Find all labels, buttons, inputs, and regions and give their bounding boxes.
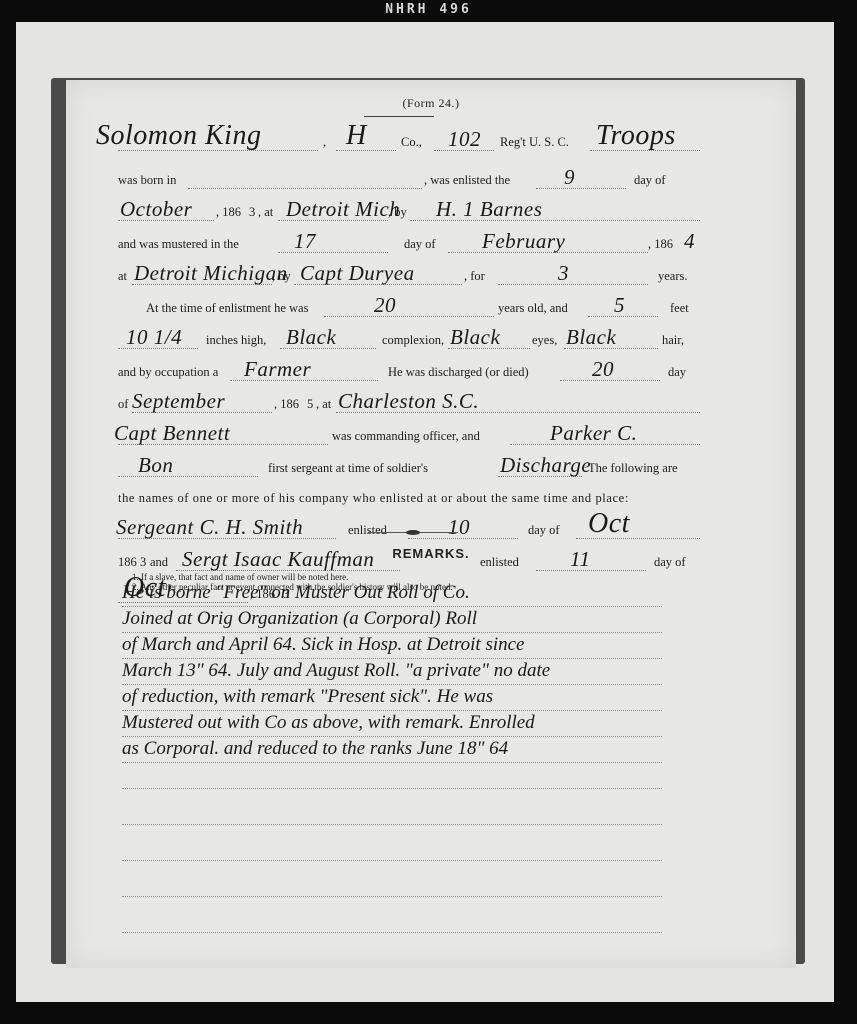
born-in-label: was born in: [118, 173, 176, 188]
years-old-label: years old, and: [498, 301, 568, 316]
names-label: the names of one or more of his company …: [118, 491, 629, 506]
mustered-year: 4: [684, 229, 695, 254]
height-inches: 10 1/4: [126, 325, 182, 350]
by-label: , by: [272, 269, 291, 284]
remark-text: He is borne "Free" on Muster Out Roll of…: [122, 582, 470, 604]
muster-place-line: at Detroit Michigan , by Capt Duryea , f…: [118, 258, 746, 290]
discharged-year: 5: [307, 397, 313, 412]
form-page: (Form 24.) Solomon King , H Co., 102 Reg…: [66, 80, 796, 968]
comrade-day: 10: [448, 515, 470, 540]
mustered-month: February: [482, 229, 565, 254]
remark-line: [122, 834, 662, 861]
discharged-place: Charleston S.C.: [338, 389, 479, 414]
years-label: years.: [658, 269, 688, 284]
officer-line: Capt Bennett was commanding officer, and…: [118, 418, 746, 450]
enlisted-day: 9: [564, 165, 575, 190]
first-sergeant-name: Parker C.: [550, 421, 637, 446]
mustered-by: Capt Duryea: [300, 261, 415, 286]
soldier-line: Solomon King , H Co., 102 Reg't U. S. C.…: [118, 124, 746, 156]
at-label: , at: [258, 205, 273, 220]
remark-text: of reduction, with remark "Present sick"…: [122, 686, 493, 708]
age-value: 20: [374, 293, 396, 318]
description-line: 10 1/4 inches high, Black complexion, Bl…: [118, 322, 746, 354]
remark-line: He is borne "Free" on Muster Out Roll of…: [122, 580, 662, 607]
hair-value: Black: [566, 325, 616, 350]
film-reel-label: NHRH 496: [0, 2, 857, 17]
age-line: At the time of enlistment he was 20 year…: [118, 290, 746, 322]
complexion-label: complexion,: [382, 333, 444, 348]
mustered-day: 17: [294, 229, 316, 254]
day-of-label: day of: [404, 237, 436, 252]
names-intro-line: the names of one or more of his company …: [118, 480, 746, 512]
eyes-value: Black: [450, 325, 500, 350]
sergeant-line: Bon first sergeant at time of soldier's …: [118, 450, 746, 482]
for-label: , for: [464, 269, 485, 284]
of-label: of: [118, 397, 128, 412]
remark-line: March 13" 64. July and August Roll. "a p…: [122, 658, 662, 685]
year-prefix: , 186: [274, 397, 299, 412]
remark-line: Mustered out with Co as above, with rema…: [122, 710, 662, 737]
remark-line: Joined at Orig Organization (a Corporal)…: [122, 606, 662, 633]
soldier-name: Solomon King: [96, 120, 261, 152]
enlistment-line: October , 186 3 , at Detroit Mich , by H…: [118, 194, 746, 226]
year-prefix: , 186: [216, 205, 241, 220]
day-of-label: day of: [634, 173, 666, 188]
discharge-place-line: of September , 186 5 , at Charleston S.C…: [118, 386, 746, 418]
at-label: , at: [316, 397, 331, 412]
by-label: , by: [388, 205, 407, 220]
birth-line: was born in , was enlisted the 9 day of: [118, 162, 746, 194]
remark-text: March 13" 64. July and August Roll. "a p…: [122, 660, 550, 682]
mustered-place: Detroit Michigan: [134, 261, 288, 286]
hair-label: hair,: [662, 333, 684, 348]
occupation-label: and by occupation a: [118, 365, 218, 380]
comrade-name: Sergeant C. H. Smith: [116, 515, 303, 540]
remarks-heading: REMARKS.: [66, 546, 796, 561]
comrade-month: Oct: [588, 508, 630, 540]
mustered-label: and was mustered in the: [118, 237, 239, 252]
complexion-value: Black: [286, 325, 336, 350]
remark-line: of reduction, with remark "Present sick"…: [122, 684, 662, 711]
day-of-label: day of: [528, 523, 560, 538]
muster-line: and was mustered in the 17 day of Februa…: [118, 226, 746, 258]
day-label: day: [668, 365, 686, 380]
first-sergeant-surname: Bon: [138, 453, 173, 478]
discharged-label: He was discharged (or died): [388, 365, 529, 380]
height-feet: 5: [614, 293, 625, 318]
remark-line: [122, 870, 662, 897]
divider: [364, 116, 434, 117]
comrade-row: Sergeant C. H. Smith enlisted 10 day of …: [118, 512, 746, 544]
remark-line: [122, 762, 662, 789]
regiment-number: 102: [448, 127, 481, 152]
feet-label: feet: [670, 301, 689, 316]
remark-line: [122, 906, 662, 933]
enlisted-month: October: [120, 197, 192, 222]
form-number: (Form 24.): [66, 96, 796, 111]
following-label: The following are: [588, 461, 678, 476]
ornament-divider: [368, 532, 458, 533]
at-label: at: [118, 269, 127, 284]
remark-line: [122, 798, 662, 825]
remark-text: as Corporal. and reduced to the ranks Ju…: [122, 738, 508, 760]
enlisted-place: Detroit Mich: [286, 197, 400, 222]
term-years: 3: [558, 261, 569, 286]
enlisted-by: H. 1 Barnes: [436, 197, 542, 222]
enlisted-label: , was enlisted the: [424, 173, 510, 188]
event-type: Discharge: [500, 453, 591, 478]
occupation-line: and by occupation a Farmer He was discha…: [118, 354, 746, 386]
enlisted-year: 3: [249, 205, 255, 220]
company-label: Co.,: [401, 135, 422, 150]
year-prefix: , 186: [648, 237, 673, 252]
company-letter: H: [346, 120, 367, 152]
inches-label: inches high,: [206, 333, 266, 348]
remark-text: of March and April 64. Sick in Hosp. at …: [122, 634, 524, 656]
regiment-label: Reg't U. S. C.: [500, 135, 569, 150]
remark-line: as Corporal. and reduced to the ranks Ju…: [122, 736, 662, 763]
occupation-value: Farmer: [244, 357, 311, 382]
remark-text: Joined at Orig Organization (a Corporal)…: [122, 608, 477, 630]
first-sergeant-label: first sergeant at time of soldier's: [268, 461, 428, 476]
remark-line: of March and April 64. Sick in Hosp. at …: [122, 632, 662, 659]
eyes-label: eyes,: [532, 333, 557, 348]
discharged-day: 20: [592, 357, 614, 382]
discharged-month: September: [132, 389, 225, 414]
enlisted-label: enlisted: [348, 523, 387, 538]
commanding-label: was commanding officer, and: [332, 429, 480, 444]
troop-type: Troops: [596, 120, 676, 152]
commanding-officer: Capt Bennett: [114, 421, 230, 446]
remark-text: Mustered out with Co as above, with rema…: [122, 712, 535, 734]
age-label: At the time of enlistment he was: [146, 301, 308, 316]
